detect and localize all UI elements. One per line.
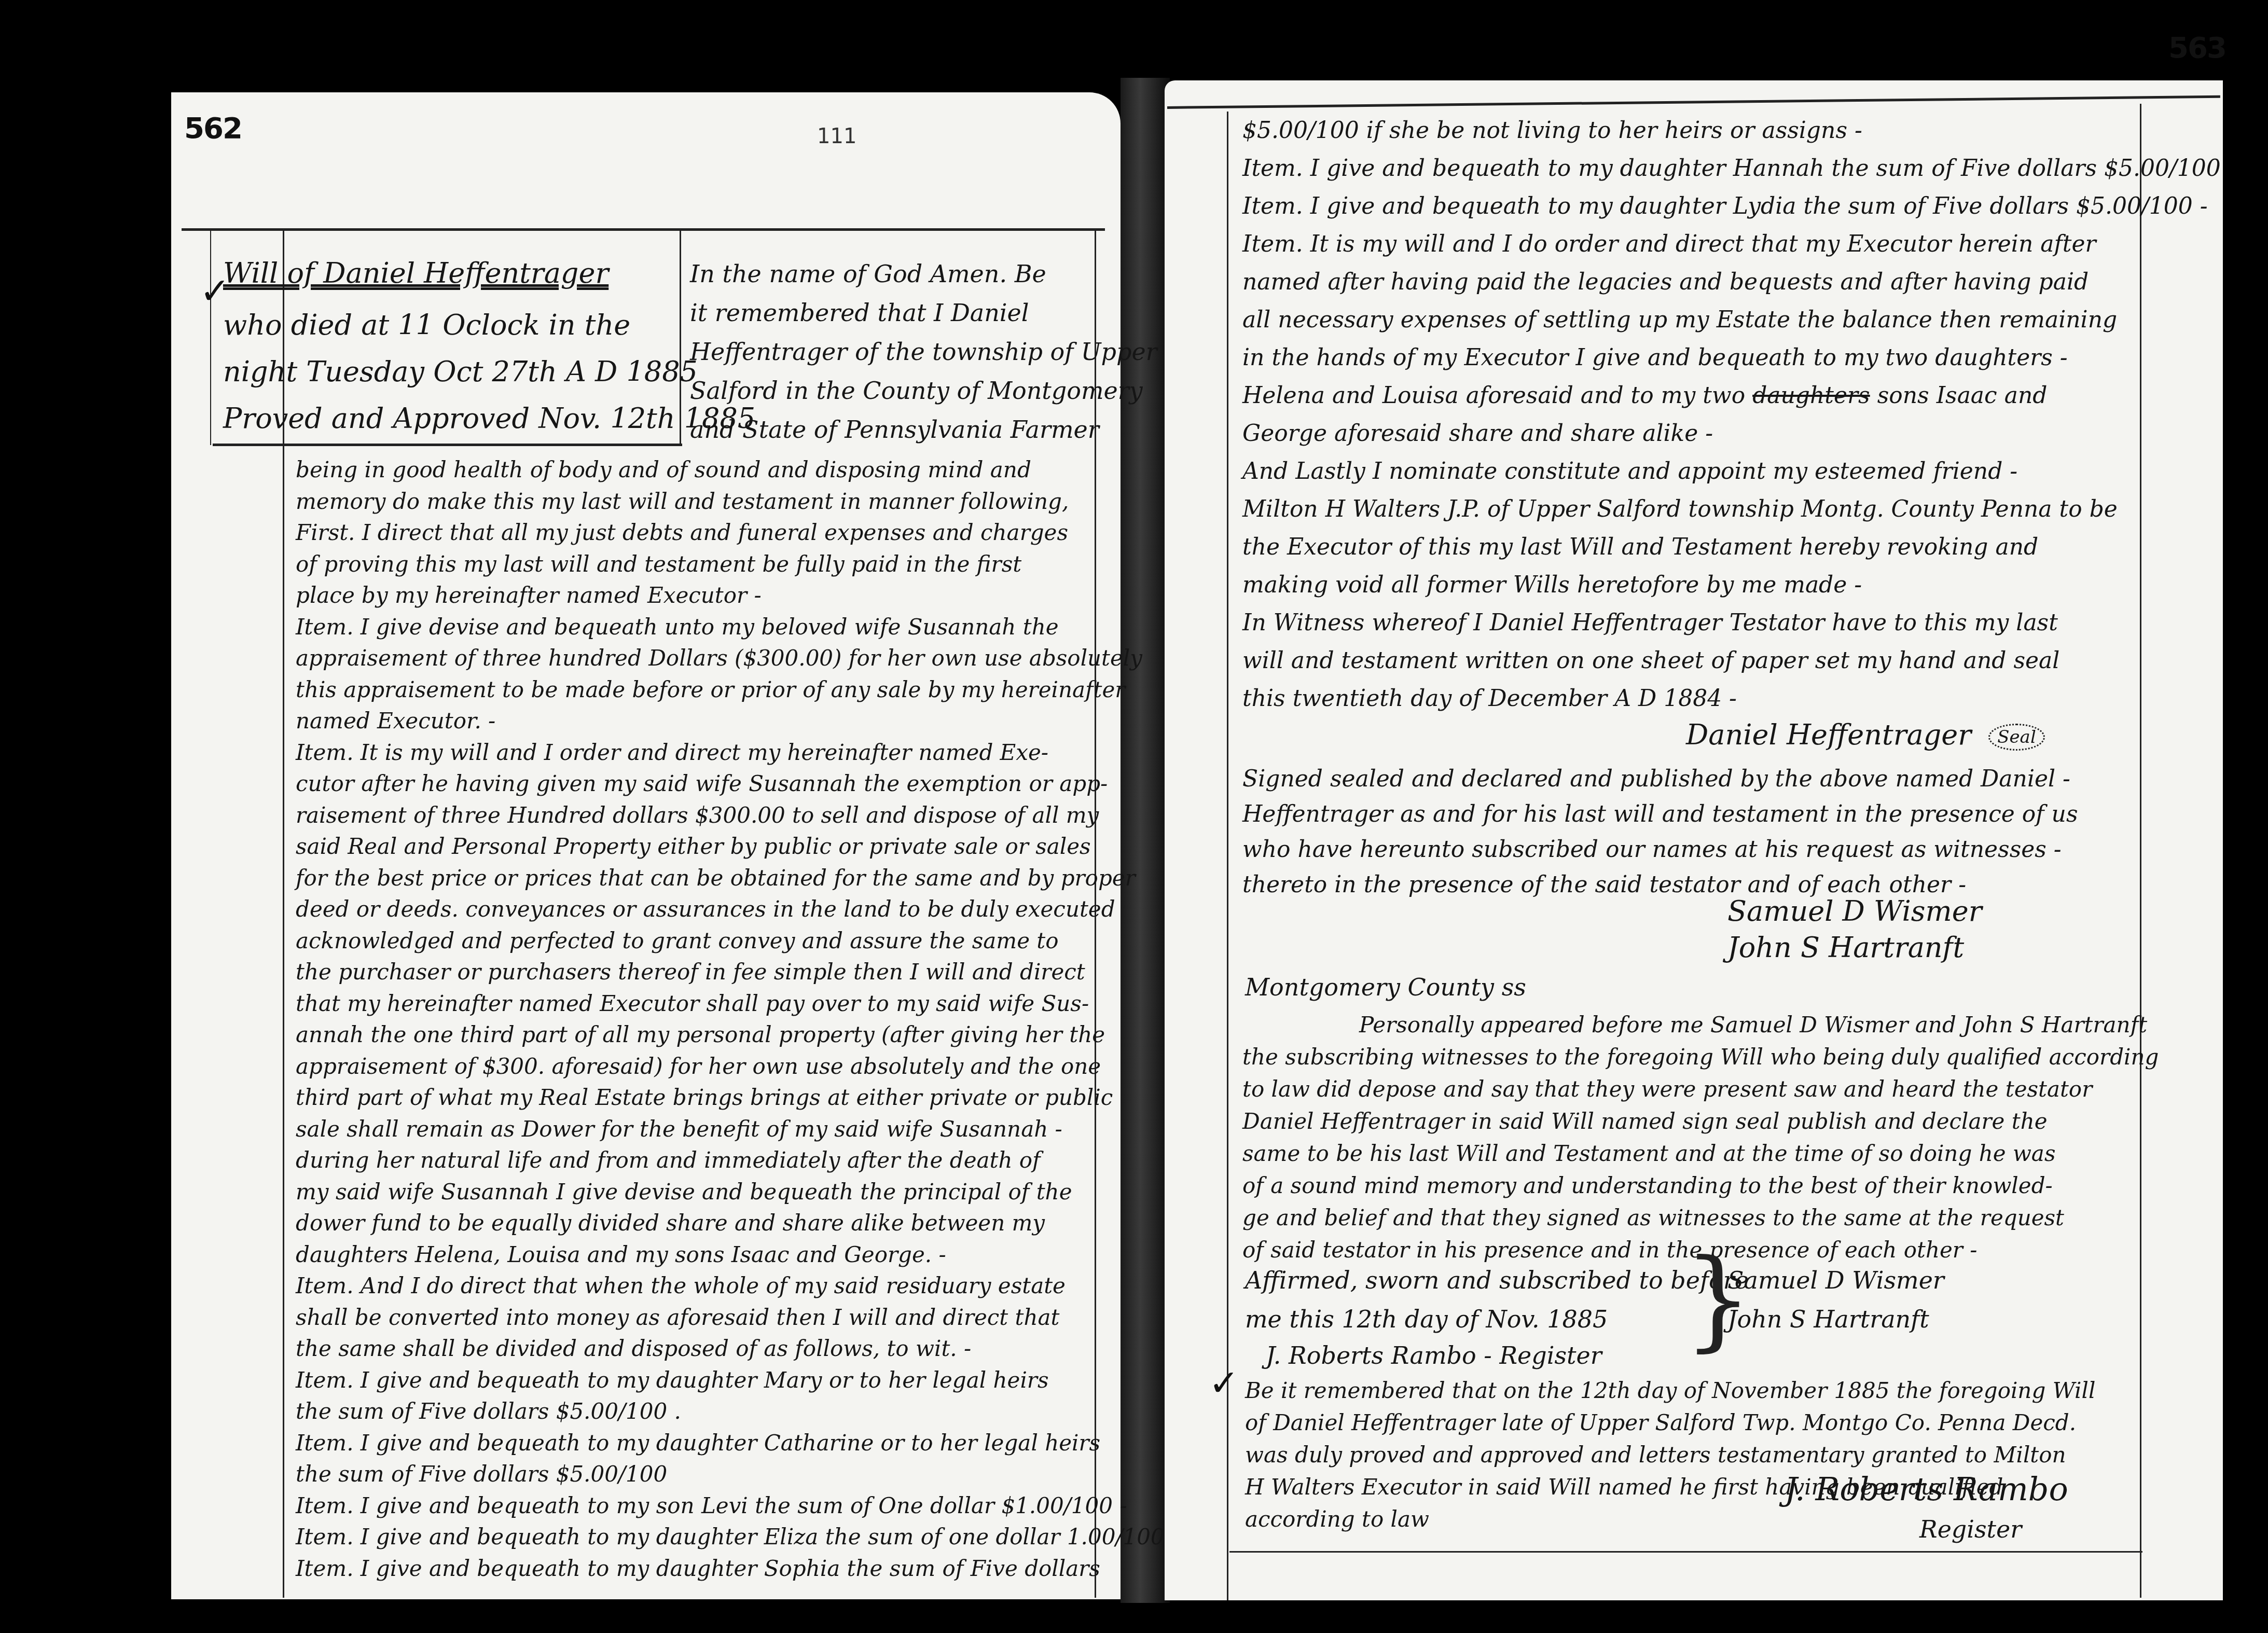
text-line: dower fund to be equally divided share a…	[296, 1212, 1045, 1234]
jurat-witness: John S Hartranft	[1727, 1307, 1929, 1331]
text-line: appraisement of three hundred Dollars ($…	[296, 647, 1142, 669]
text-line: raisement of three Hundred dollars $300.…	[296, 805, 1099, 826]
text-line: this twentieth day of December A D 1884 …	[1242, 687, 1737, 710]
text-segment: Helena and Louisa aforesaid and to my tw…	[1242, 382, 1745, 409]
probate-line: Be it remembered that on the 12th day of…	[1245, 1380, 2095, 1402]
text-line: George aforesaid share and share alike -	[1242, 422, 1713, 445]
text-line: the same shall be divided and disposed o…	[296, 1338, 971, 1360]
pencil-mark: 111	[817, 124, 856, 148]
book-spine	[1121, 78, 1170, 1603]
affidavit-line: of said testator in his presence and in …	[1242, 1239, 1977, 1261]
text-line: annah the one third part of all my perso…	[296, 1024, 1105, 1046]
header-box-bottom	[213, 444, 682, 446]
top-rule-left	[182, 228, 1105, 231]
struck-word: daughters	[1752, 382, 1870, 409]
signature-text: Daniel Heffentrager	[1686, 718, 1971, 751]
header-line: who died at 11 Oclock in the	[223, 311, 630, 339]
attestation-line: Heffentrager as and for his last will an…	[1242, 803, 2078, 826]
text-line: the Executor of this my last Will and Te…	[1242, 536, 2038, 559]
testator-signature: Daniel Heffentrager Seal	[1686, 721, 2045, 751]
edge-rule-right	[2140, 104, 2141, 1598]
affidavit-line: same to be his last Will and Testament a…	[1242, 1143, 2055, 1165]
text-line: Item. I give and bequeath to my daughter…	[296, 1432, 1100, 1454]
text-line: Helena and Louisa aforesaid and to my tw…	[1242, 384, 2047, 407]
affidavit-line: the subscribing witnesses to the foregoi…	[1242, 1046, 2159, 1068]
affidavit-line: Personally appeared before me Samuel D W…	[1359, 1014, 2147, 1036]
attestation-line: Signed sealed and declared and published…	[1242, 768, 2070, 791]
text-line: And Lastly I nominate constitute and app…	[1242, 460, 2017, 483]
affidavit-line: to law did depose and say that they were…	[1242, 1078, 2092, 1100]
text-line: Item. It is my will and I do order and d…	[1242, 233, 2096, 256]
text-line: Item. I give and bequeath to my son Levi…	[296, 1495, 1127, 1517]
text-line: third part of what my Real Estate brings…	[296, 1087, 1113, 1109]
probate-line: according to law	[1245, 1509, 1429, 1530]
text-line: In Witness whereof I Daniel Heffentrager…	[1242, 612, 2058, 634]
text-line: shall be converted into money as aforesa…	[296, 1307, 1059, 1328]
text-line: for the best price or prices that can be…	[296, 867, 1136, 889]
register-jurat-signature: J. Roberts Rambo - Register	[1266, 1344, 1602, 1367]
probate-line: of Daniel Heffentrager late of Upper Sal…	[1245, 1412, 2076, 1434]
witness-signature: John S Hartranft	[1727, 934, 1964, 962]
text-line: daughters Helena, Louisa and my sons Isa…	[296, 1244, 946, 1266]
text-segment: sons Isaac and	[1870, 382, 2048, 409]
text-line: memory do make this my last will and tes…	[296, 491, 1069, 513]
text-line: named after having paid the legacies and…	[1242, 271, 2089, 294]
check-mark-icon: ✓	[1209, 1362, 1239, 1404]
text-line: Item. I give devise and bequeath unto my…	[296, 616, 1059, 638]
attestation-line: thereto in the presence of the said test…	[1242, 874, 1966, 896]
text-line: place by my hereinafter named Executor -	[296, 585, 762, 606]
text-line: said Real and Personal Property either b…	[296, 836, 1091, 857]
text-line: will and testament written on one sheet …	[1242, 649, 2059, 672]
text-line: the sum of Five dollars $5.00/100 .	[296, 1401, 681, 1422]
preamble-line: it remembered that I Daniel	[690, 301, 1029, 325]
text-line: of proving this my last will and testame…	[296, 553, 1021, 575]
preamble-line: Salford in the County of Montgomery	[690, 379, 1143, 403]
jurat-witness: Samuel D Wismer	[1727, 1268, 1944, 1292]
header-line: night Tuesday Oct 27th A D 1885	[223, 358, 698, 386]
text-line: making void all former Wills heretofore …	[1242, 574, 1862, 597]
seal-icon: Seal	[1988, 724, 2045, 751]
text-line: Item. And I do direct that when the whol…	[296, 1275, 1066, 1297]
register-title: Register	[1919, 1517, 2022, 1541]
affidavit-line: Daniel Heffentrager in said Will named s…	[1242, 1111, 2048, 1132]
affidavit-line: ge and belief and that they signed as wi…	[1242, 1207, 2064, 1229]
text-line: Item. I give and bequeath to my daughter…	[296, 1369, 1048, 1391]
page-number-left: 562	[184, 112, 242, 145]
preamble-line: In the name of God Amen. Be	[690, 262, 1046, 286]
text-line: appraisement of $300. aforesaid) for her…	[296, 1056, 1101, 1077]
text-line: First. I direct that all my just debts a…	[296, 522, 1068, 544]
page-number-right: 563	[2168, 31, 2226, 65]
probate-line: was duly proved and approved and letters…	[1245, 1444, 2066, 1466]
text-line: Item. I give and bequeath to my daughter…	[296, 1526, 1178, 1548]
witness-signature: Samuel D Wismer	[1727, 897, 1982, 925]
text-line: during her natural life and from and imm…	[296, 1150, 1041, 1171]
header-line: Proved and Approved Nov. 12th 1885	[223, 405, 755, 433]
text-line: Item. I give and bequeath to my daughter…	[1242, 157, 2221, 180]
jurat-line: me this 12th day of Nov. 1885	[1245, 1307, 1608, 1331]
text-line: Milton H Walters J.P. of Upper Salford t…	[1242, 498, 2118, 521]
text-line: Item. It is my will and I order and dire…	[296, 742, 1048, 764]
text-line: sale shall remain as Dower for the benef…	[296, 1118, 1062, 1140]
text-line: Item. I give and bequeath to my daughter…	[296, 1558, 1100, 1580]
brace-icon: }	[1683, 1245, 1753, 1354]
bottom-rule-right	[1229, 1551, 2142, 1553]
county-heading: Montgomery County ss	[1245, 975, 1526, 999]
text-line: Item. I give and bequeath to my daughter…	[1242, 195, 2208, 218]
preamble-line: Heffentrager of the township of Upper	[690, 340, 1157, 364]
affidavit-line: of a sound mind memory and understanding…	[1242, 1175, 2053, 1197]
text-line: acknowledged and perfected to grant conv…	[296, 930, 1059, 952]
header-box-left	[210, 228, 211, 445]
will-title: Will of Daniel Heffentrager	[223, 259, 609, 287]
text-line: the purchaser or purchasers thereof in f…	[296, 961, 1085, 983]
text-line: all necessary expenses of settling up my…	[1242, 309, 2117, 331]
text-line: named Executor. -	[296, 710, 495, 732]
text-line: the sum of Five dollars $5.00/100	[296, 1463, 667, 1485]
text-line: this appraisement to be made before or p…	[296, 679, 1125, 701]
text-line: cutor after he having given my said wife…	[296, 773, 1108, 795]
preamble-line: and State of Pennsylvania Farmer	[690, 418, 1099, 441]
text-line: deed or deeds. conveyances or assurances…	[296, 898, 1115, 920]
text-line: that my hereinafter named Executor shall…	[296, 993, 1089, 1015]
register-signature: J. Roberts Rambo	[1785, 1473, 2068, 1505]
jurat-line: Affirmed, sworn and subscribed to before	[1245, 1268, 1749, 1292]
text-line: in the hands of my Executor I give and b…	[1242, 347, 2068, 369]
text-line: my said wife Susannah I give devise and …	[296, 1181, 1072, 1203]
text-line: being in good health of body and of soun…	[296, 459, 1031, 481]
attestation-line: who have hereunto subscribed our names a…	[1242, 838, 2062, 861]
text-line: $5.00/100 if she be not living to her he…	[1242, 119, 1862, 142]
